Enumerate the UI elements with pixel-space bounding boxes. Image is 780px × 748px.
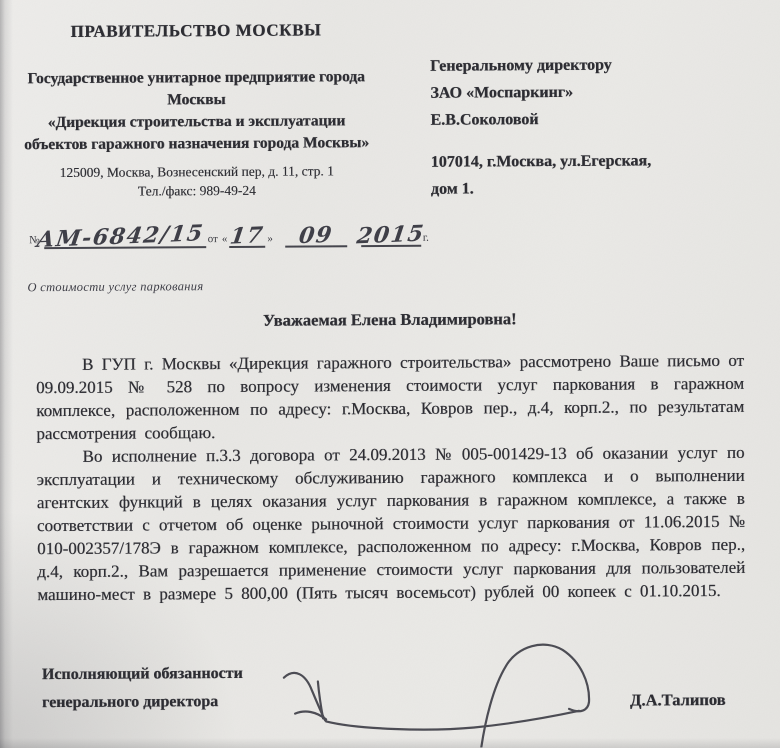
salutation: Уважаемая Елена Владимировна! <box>36 308 744 332</box>
sender-letterhead: ПРАВИТЕЛЬСТВО МОСКВЫ Государственное уни… <box>22 20 371 201</box>
paragraph-1: В ГУП г. Москвы «Дирекция гаражного стро… <box>36 349 745 445</box>
org-phone: Тел./факс: 989-49-24 <box>23 180 371 201</box>
reference-number-handwritten: АМ-6842/15 <box>36 222 206 251</box>
year-field: 2015 <box>361 224 421 247</box>
government-title: ПРАВИТЕЛЬСТВО МОСКВЫ <box>22 20 370 42</box>
subject-line: О стоимости услуг паркования <box>27 279 203 295</box>
recipient-address: 107014, г.Москва, ул.Егерская, дом 1. <box>431 147 761 203</box>
month-handwritten: 09 <box>297 224 334 247</box>
signer-name: Д.А.Талипов <box>630 690 726 711</box>
org-address: 125009, Москва, Вознесенский пер, д. 11,… <box>23 161 371 182</box>
quote-close: » <box>265 233 275 248</box>
recipient-name: Е.В.Соколовой <box>430 105 760 134</box>
day-handwritten: 17 <box>229 224 266 247</box>
paragraph-2: Во исполнение п.3.3 договора от 24.09.20… <box>36 441 745 606</box>
signer-title-line2: генерального директора <box>42 688 243 717</box>
letter-body: В ГУП г. Москвы «Дирекция гаражного стро… <box>36 349 746 606</box>
letter-content: ПРАВИТЕЛЬСТВО МОСКВЫ Государственное уни… <box>0 0 780 748</box>
reference-number-field: АМ-6842/15 <box>44 225 206 249</box>
month-field: 09 <box>285 224 347 247</box>
from-label: от <box>206 233 220 248</box>
recipient-address-line1: 107014, г.Москва, ул.Егерская, <box>431 147 761 176</box>
scanned-letter: ПРАВИТЕЛЬСТВО МОСКВЫ Государственное уни… <box>0 0 780 748</box>
org-name: Государственное унитарное предприятие го… <box>22 66 370 112</box>
day-field: 17 <box>229 225 265 248</box>
recipient-position: Генеральному директору <box>430 51 760 80</box>
recipient-company: ЗАО «Моспаркинг» <box>430 78 760 107</box>
year-handwritten: 2015 <box>356 223 427 248</box>
recipient-address-line2: дом 1. <box>431 174 761 203</box>
signer-title-line1: Исполняющий обязанности <box>42 660 243 689</box>
org-quoted-name: «Дирекция строительства и эксплуатации о… <box>22 110 370 156</box>
signer-title: Исполняющий обязанности генерального дир… <box>42 660 243 717</box>
recipient-block: Генеральному директору ЗАО «Моспаркинг» … <box>430 51 761 203</box>
reference-line: № АМ-6842/15 от « 17 » 09 2015 г. <box>27 224 431 249</box>
